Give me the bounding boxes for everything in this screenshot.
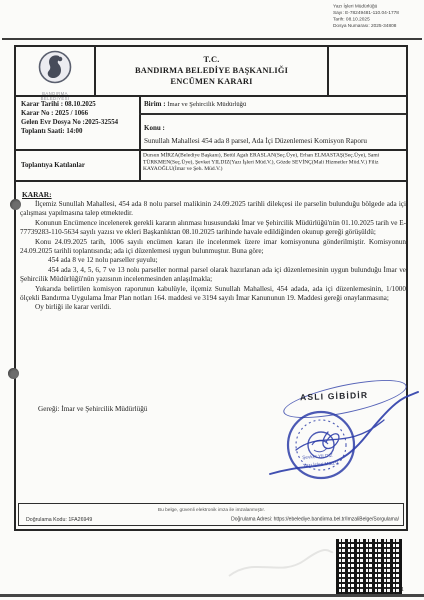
subject-value: Sunullah Mahallesi 454 ada 8 parsel, Ada… <box>144 137 372 147</box>
scan-bottom-edge <box>0 594 424 597</box>
decision-paragraph: 454 ada 3, 4, 5, 6, 7 ve 13 nolu parsell… <box>20 266 406 285</box>
meta-row: Gelen Evr Dosya No :2025-32554 <box>21 118 139 127</box>
bird-emblem-icon <box>37 50 73 86</box>
decision-paragraph: Konunun Encümence incelenerek gerekli ka… <box>20 219 406 238</box>
participants-label: Toplantıya Katılanlar <box>21 151 139 180</box>
decision-meta-block: Karar Tarihi : 08.10.2025 Karar No : 202… <box>21 100 139 136</box>
letterhead-block: Yazı İşleri Müdürlüğü Sayı: E-78249481-1… <box>333 3 424 29</box>
document-title: T.C. BANDIRMA BELEDİYE BAŞKANLIĞI ENCÜME… <box>94 47 329 95</box>
subject-label: Konu : <box>144 124 165 132</box>
decision-paragraph: Yukarıda belirtilen komisyon raporunun k… <box>20 285 406 304</box>
subject-cell: Konu : Sunullah Mahallesi 454 ada 8 pars… <box>144 117 402 147</box>
top-horizontal-rule <box>2 38 422 40</box>
decision-body: İlçemiz Sunullah Mahallesi, 454 ada 8 no… <box>20 200 406 313</box>
decision-paragraph: Oy birliği ile karar verildi. <box>20 303 406 312</box>
handwritten-signature <box>266 378 422 498</box>
table-divider <box>139 113 406 115</box>
unit-value: İmar ve Şehircilik Müdürlüğü <box>167 101 246 108</box>
hole-punch-mark <box>10 199 21 210</box>
letterhead-line: Dosya Numarası: 2025-34808 <box>333 23 424 30</box>
unit-label: Birim : <box>144 100 166 108</box>
meta-row: Karar No : 2025 / 1066 <box>21 109 139 118</box>
table-divider <box>139 149 406 151</box>
decision-paragraph: 454 ada 8 ve 12 nolu parseller şuyulu; <box>20 256 406 265</box>
table-column-divider <box>139 95 141 182</box>
decision-paragraph: Konu 24.09.2025 tarih, 1006 sayılı encüm… <box>20 238 406 257</box>
action-required-line: Gereği: İmar ve Şehircilik Müdürlüğü <box>38 405 147 413</box>
meta-row: Karar Tarihi : 08.10.2025 <box>21 100 139 109</box>
page-number: 1 <box>401 586 404 593</box>
hole-punch-mark <box>8 368 19 379</box>
qr-code <box>336 539 402 594</box>
unit-cell: Birim : İmar ve Şehircilik Müdürlüğü <box>144 100 402 108</box>
verification-code: Doğrulama Kodu: 1FA26949 <box>26 517 92 523</box>
verification-box: Bu belge, güvenli elektronik imza ile im… <box>18 503 404 526</box>
certification-stamp: ASLI GİBİDİR Şevket YILDIZ Yazı İşleri M… <box>266 378 422 500</box>
e-signature-notice: Bu belge, güvenli elektronik imza ile im… <box>19 507 404 513</box>
title-tc: T.C. <box>96 54 327 65</box>
decision-paragraph: İlçemiz Sunullah Mahallesi, 454 ada 8 no… <box>20 200 406 219</box>
table-divider <box>16 180 406 182</box>
title-doc-type: ENCÜMEN KARARI <box>96 76 327 87</box>
scanned-document-page: Yazı İşleri Müdürlüğü Sayı: E-78249481-1… <box>0 0 424 600</box>
table-divider <box>16 95 406 97</box>
decision-heading: KARAR: <box>22 190 52 199</box>
title-authority: BANDIRMA BELEDİYE BAŞKANLIĞI <box>96 65 327 76</box>
verification-address: Doğrulama Adresi: https://ebelediye.band… <box>231 517 399 523</box>
participants-list: Dursun MİRZA(Belediye Başkanı), Betül Ag… <box>143 152 405 172</box>
meta-row: Toplantı Saati: 14:00 <box>21 127 139 136</box>
ink-bleed-mark <box>225 548 335 582</box>
